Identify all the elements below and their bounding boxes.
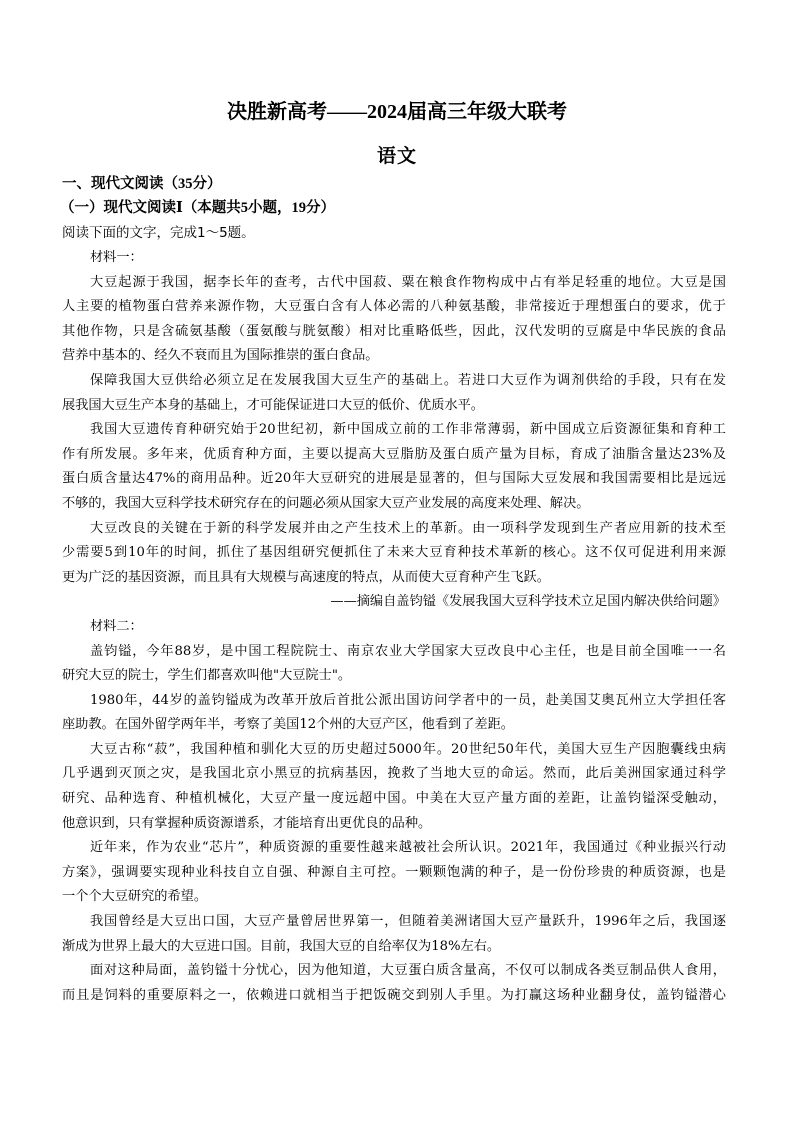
passage-line: 不够的，我国大豆科学技术研究存在的问题必须从国家大豆产业发展的高度来处理、解决。 (62, 492, 726, 517)
passage-line: 研究、品种选育、种植机械化，大豆产量一度远超中国。中美在大豆产量方面的差距，让盖… (62, 787, 726, 812)
passage-line: 更为广泛的基因资源，而且具有大规模与高速度的特点，从而使大豆育种产生飞跃。 (62, 566, 726, 591)
passage-line: 座助教。在国外留学两年半，考察了美国12个州的大豆产区，他看到了差距。 (62, 713, 726, 738)
passage-line: 我国曾经是大豆出口国，大豆产量曾居世界第一，但随着美洲诸国大豆产量跃升，1996… (62, 910, 726, 935)
passage-line: 近年来，作为农业“芯片”，种质资源的重要性越来越被社会所认识。2021年，我国通… (62, 836, 726, 861)
passage-line: 渐成为世界上最大的大豆进口国。目前，我国大豆的自给率仅为18%左右。 (62, 935, 726, 960)
passage-line: 作有所发展。多年来，优质育种方面，主要以提高大豆脂肪及蛋白质产量为目标，育成了油… (62, 443, 726, 468)
passage-line: 盖钧镒，今年88岁，是中国工程院院士、南京农业大学国家大豆改良中心主任，也是目前… (62, 640, 726, 665)
passage-line: 研究大豆的院士，学生们都喜欢叫他"大豆院士"。 (62, 664, 726, 689)
passage-line: 他意识到，只有掌握种质资源谱系，才能培育出更优良的品种。 (62, 812, 726, 837)
passage-line: 而且是饲料的重要原料之一，依赖进口就相当于把饭碗交到别人手里。为打赢这场种业翻身… (62, 984, 726, 1009)
passage-line: 展我国大豆生产本身的基础上，才可能保证进口大豆的低价、优质水平。 (62, 394, 726, 419)
passage-line: 一个个大豆研究的希望。 (62, 885, 726, 910)
reading-passage: 材料一：大豆起源于我国，据李长年的查考，古代中国菽、粟在粮食作物构成中占有举足轻… (62, 246, 726, 1008)
subject-title: 语文 (0, 141, 794, 168)
reading-instruction: 阅读下面的文字，完成1～5题。 (62, 221, 255, 241)
passage-line: 我国大豆遗传育种研究始于20世纪初，新中国成立前的工作非常薄弱，新中国成立后资源… (62, 418, 726, 443)
passage-line: 大豆古称“菽”，我国种植和驯化大豆的历史超过5000年。20世纪50年代，美国大… (62, 738, 726, 763)
section-subheading: （一）现代文阅读Ⅰ（本题共5小题，19分） (60, 196, 335, 217)
passage-line: 方案》，强调要实现种业科技自立自强、种源自主可控。一颗颗饱满的种子，是一份份珍贵… (62, 861, 726, 886)
passage-line: 保障我国大豆供给必须立足在发展我国大豆生产的基础上。若进口大豆作为调剂供给的手段… (62, 369, 726, 394)
passage-line: 少需要5到10年的时间，抓住了基因组研究便抓住了未来大豆育种技术革新的核心。这不… (62, 541, 726, 566)
material-label: 材料一： (62, 246, 726, 271)
section-heading: 一、现代文阅读（35分） (62, 172, 222, 193)
passage-line: 1980年，44岁的盖钧镒成为改革开放后首批公派出国访问学者中的一员，赴美国艾奥… (62, 689, 726, 714)
material-label: 材料二： (62, 615, 726, 640)
passage-line: 其他作物，只是含硫氨基酸（蛋氨酸与胱氨酸）相对比重略低些，因此，汉代发明的豆腐是… (62, 320, 726, 345)
passage-line: 大豆改良的关键在于新的科学发展并由之产生技术上的革新。由一项科学发现到生产者应用… (62, 517, 726, 542)
passage-line: 大豆起源于我国，据李长年的查考，古代中国菽、粟在粮食作物构成中占有举足轻重的地位… (62, 271, 726, 296)
exam-title: 决胜新高考——2024届高三年级大联考 (0, 95, 794, 124)
passage-line: 蛋白质含量达47%的商用品种。近20年大豆研究的进展是显著的，但与国际大豆发展和… (62, 467, 726, 492)
exam-page: 决胜新高考——2024届高三年级大联考 语文 一、现代文阅读（35分） （一）现… (0, 0, 794, 1123)
passage-line: 人主要的植物蛋白营养来源作物，大豆蛋白含有人体必需的八种氨基酸，非常接近于理想蛋… (62, 295, 726, 320)
passage-line: 几乎遇到灭顶之灾，是我国北京小黑豆的抗病基因，挽救了当地大豆的命运。然而，此后美… (62, 762, 726, 787)
source-citation: ——摘编自盖钧镒《发展我国大豆科学技术立足国内解决供给问题》 (62, 590, 726, 615)
passage-line: 营养中基本的、经久不衰而且为国际推崇的蛋白食品。 (62, 344, 726, 369)
passage-line: 面对这种局面，盖钧镒十分忧心，因为他知道，大豆蛋白质含量高，不仅可以制成各类豆制… (62, 959, 726, 984)
